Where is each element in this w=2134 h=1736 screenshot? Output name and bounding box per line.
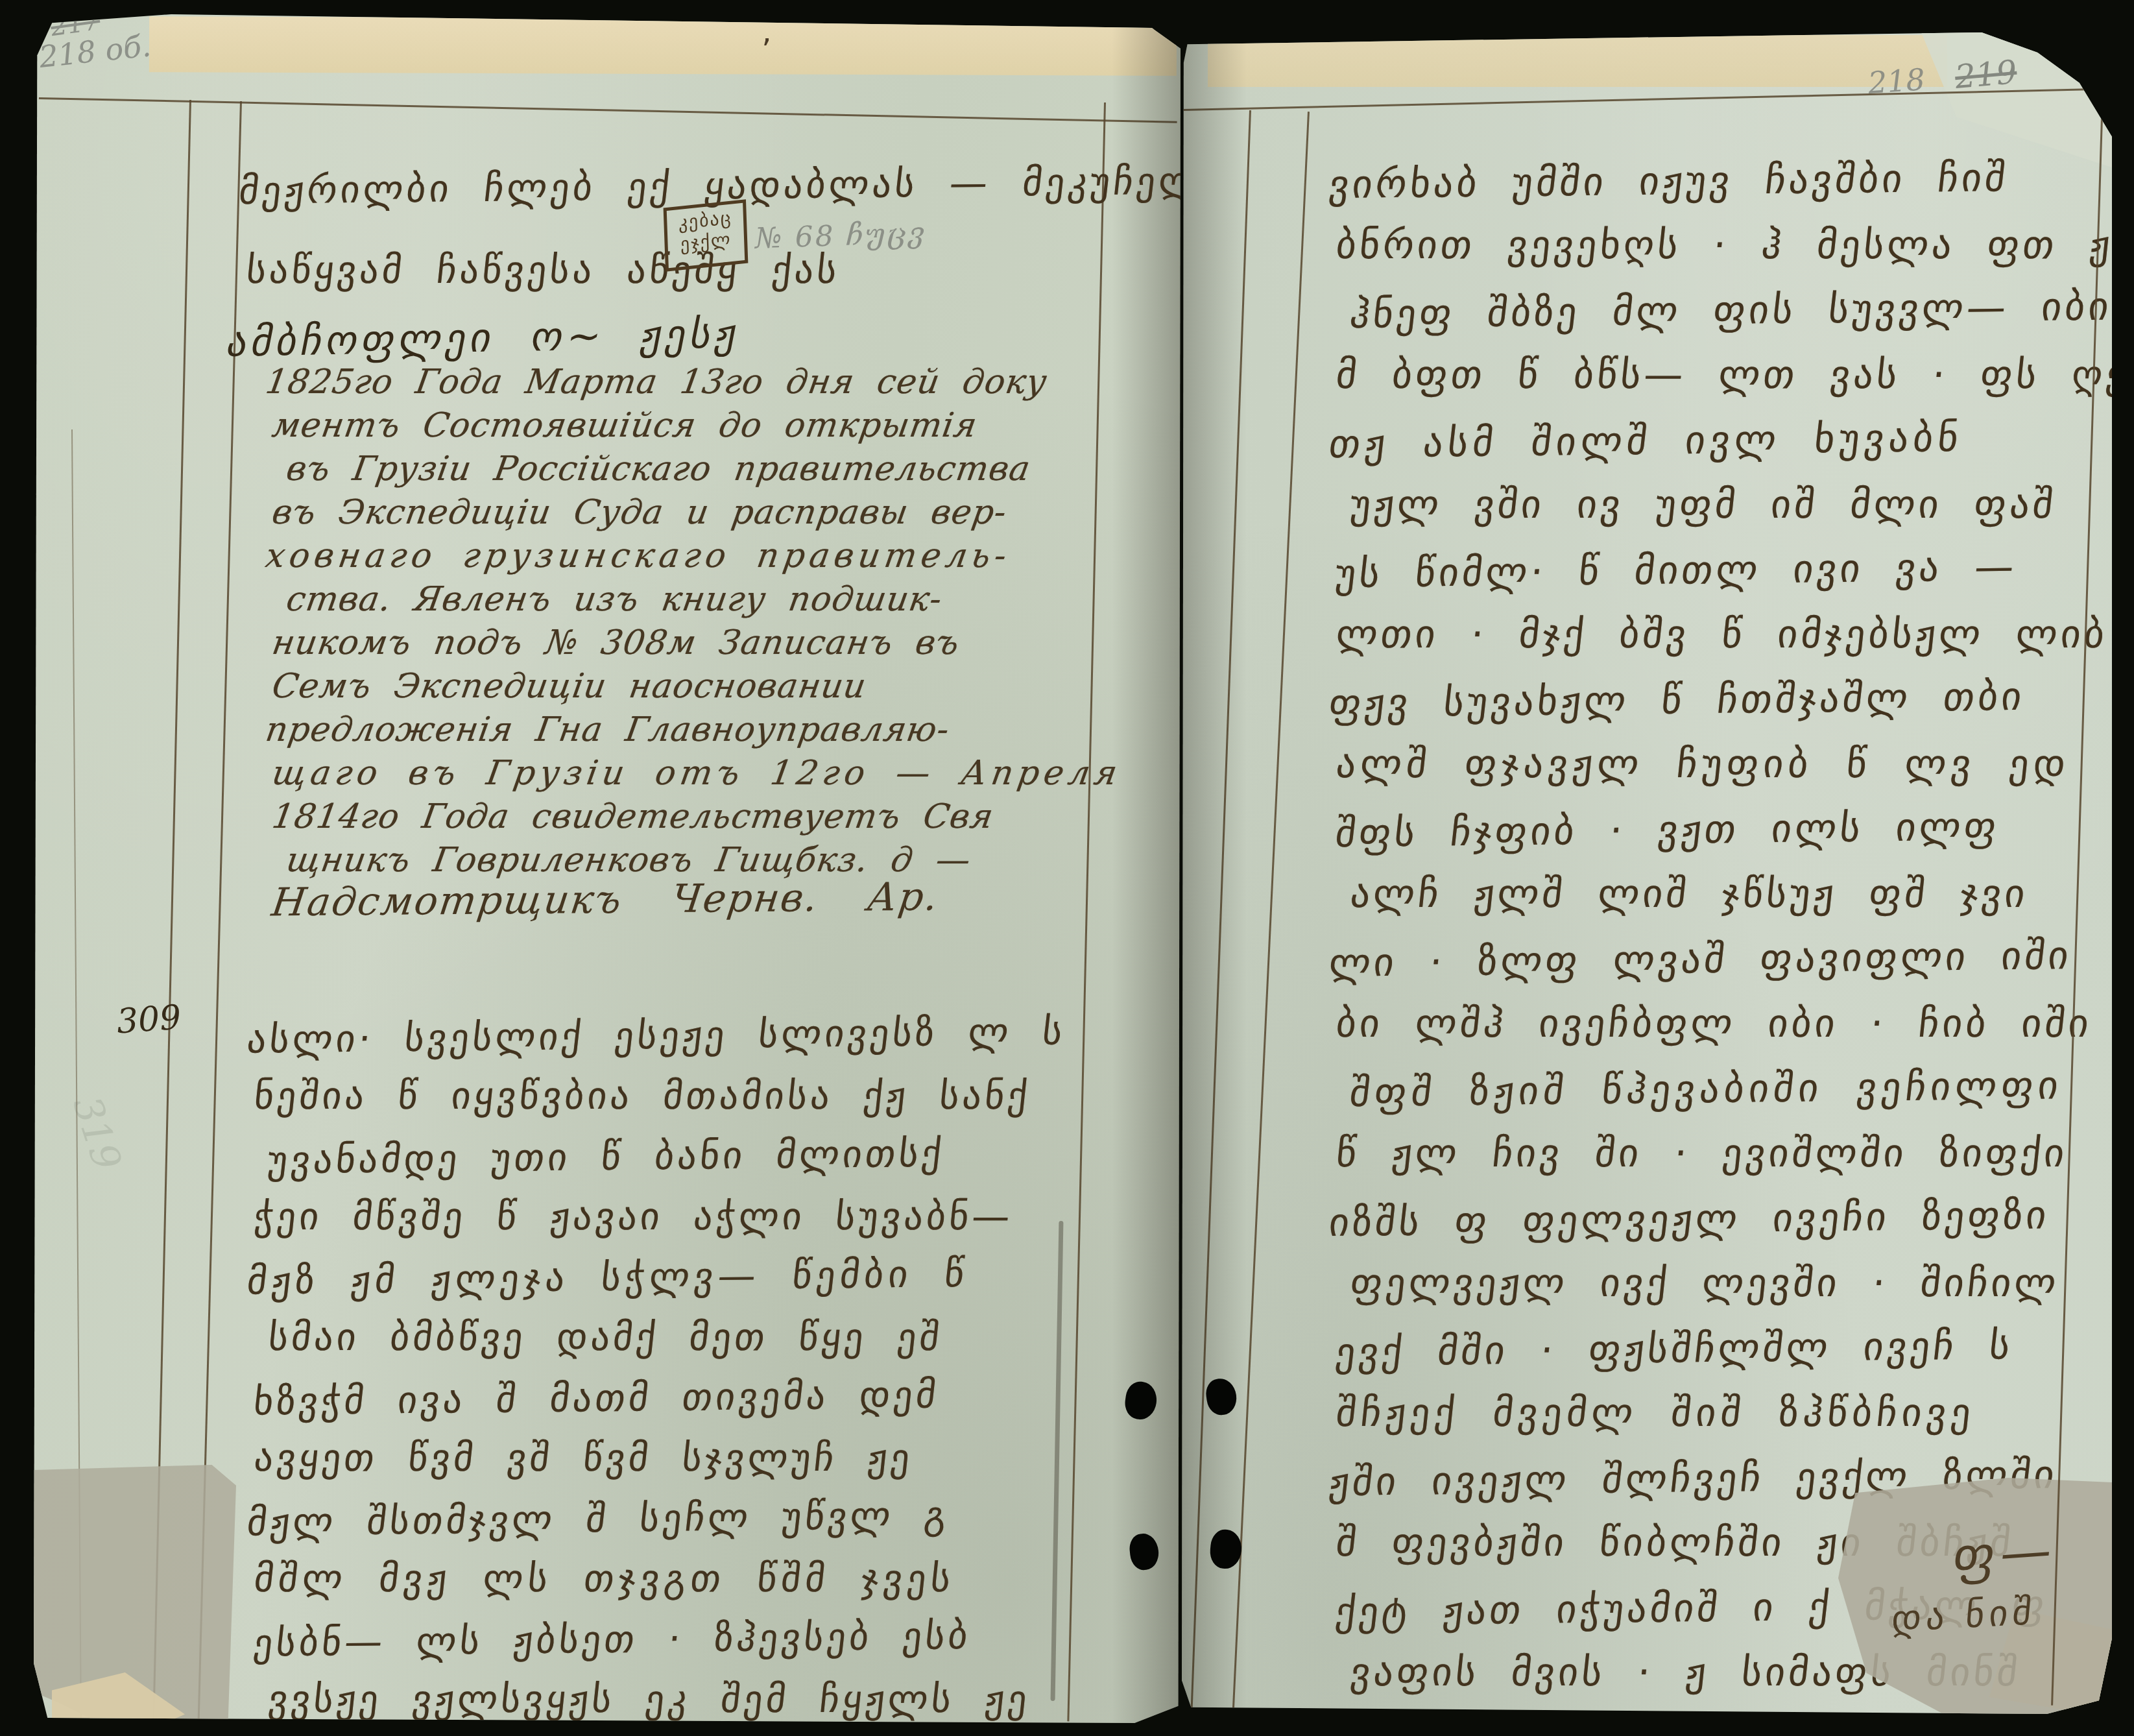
signature-flourish-line: ამბჩოფლეი ო~ ჟესჟ [222,309,745,366]
stray-ink-mark: ’ [761,32,771,69]
binding-hole [1204,1377,1238,1417]
georgian-text-line: შჩჟექ მვემლ შიშ ზჰწბჩივე [1333,1380,2112,1445]
russian-text-line: 1814го Года свидетельствуетъ Свя [269,795,1125,839]
georgian-text-line: სმაი ბმბწვე დამქ მეთ წყე ეშ [265,1307,1068,1368]
georgian-text-block: ვირხაბ უმში იჟუვ ჩავშბი ჩიშბნრით ვევეხღს… [1336,148,2112,1705]
georgian-text-line: ხზვჭმ ივა შ მათმ თივემა დემ [250,1363,1069,1432]
russian-text-line: предложенія Гна Главноуправляю- [263,708,1125,752]
georgian-text-line: ლი · ზლფ ლვაშ ფავიფლი იში [1326,922,2112,996]
repair-tape-strip [149,16,1177,76]
russian-text-line: никомъ подъ № 308м Записанъ въ [269,621,1125,665]
right-page: 218 219 ვირხაბ უმში იჟუვ ჩავშბი ჩიშბნრით… [1182,32,2112,1714]
left-page: 217 218 об. ’ მეჟრილბი ჩლებ ექ ყადაბლას … [34,14,1181,1723]
russian-text-line: Семъ Экспедиціи наосновании [269,665,1125,708]
pencil-annotation: № 68 ჩუცვ [754,216,927,255]
georgian-text-line: ბი ლშჰ ივეჩბფლ იბი · ჩიბ იში [1333,991,2112,1056]
georgian-text-line: წ ჟლ ჩივ ში · ევიშლში ზიფქი [1333,1121,2112,1186]
margin-ruled-line [1232,112,1310,1707]
russian-text-line: ховнаго грузинскаго правитель- [263,535,1125,578]
georgian-text-line: ესბნ— ლს ჟბსეთ · ზჰევსებ ესბ [250,1604,1069,1673]
russian-text-line: щаго въ Грузіи отъ 12го — Апреля [269,752,1125,795]
clerk-signature-line: Надсмотрщикъ Чернв. Ар. [269,874,942,926]
georgian-text-block: ასლი· სვესლიქ ესეჟე სლივესზ ლ სნეშია წ ი… [254,1006,1065,1723]
georgian-text-line: ავყეთ წვმ ვშ წვმ სჯვლუჩ ჟე [251,1428,1068,1488]
georgian-text-line: ევქ მში · ფჟსშჩლშლ ივეჩ ს [1332,1311,2112,1385]
georgian-text-line: შფს ჩჯფიბ · ვჟთ ილს ილფ [1332,792,2112,866]
georgian-text-line: ფელვეჟლ ივქ ლევში · შიჩილ [1347,1251,2112,1316]
georgian-text-line: ნეშია წ იყვწვბია მთამისა ქჟ სანქ [251,1066,1068,1126]
georgian-text-line: ალშ ფჯავჟლ ჩუფიბ წ ლვ ედ [1333,732,2112,797]
georgian-text-line: შფშ ზჟიშ წჰევაბიში ვეჩილფი [1347,1052,2112,1126]
patch-ink-flourish: ფ— [1950,1521,2059,1587]
georgian-text-line: ჭეი მწვშე წ ჟავაი აჭლი სუვაბნ— [251,1187,1068,1247]
georgian-text-line: ვვსჟე ვჟლსვყჟს ეკ შემ ჩყჟლს ჟე [265,1669,1068,1723]
georgian-text-line: ალჩ ჟლშ ლიშ ჯწსუჟ ფშ ჯვი [1347,862,2112,926]
ink-stamp-box: კებაცეჯქლ [664,199,749,272]
entry-number: 309 [115,998,182,1042]
repair-tape-strip [1208,35,1947,87]
georgian-text-line: თჟ ასმ შილშ ივლ ხუვაბნ [1326,403,2112,477]
georgian-text-line: იზშს ფ ფელვეჟლ ივეჩი ზეფზი [1326,1181,2112,1255]
georgian-text-line: ბნრით ვევეხღს · ჰ მესლა ფთ ჟამექ [1333,213,2112,278]
russian-text-line: въ Экспедиціи Суда и расправы вер- [269,491,1125,535]
margin-ruled-line [1191,110,1251,1708]
georgian-text-line: ჰნეფ შბზე მლ ფის სუვვლ— იბის [1347,273,2112,347]
georgian-text-line: მ ბფთ წ ბწს— ლთ ვას · ფს ღეს [1333,343,2112,407]
binding-hole [1128,1532,1160,1571]
georgian-text-line: მშლ მვჟ ლს თჯვგთ წშმ ჯვეს [251,1549,1068,1609]
binding-hole [1123,1380,1159,1421]
patch-ink-note: და ნიშ [1889,1591,2037,1640]
top-ruled-line [39,97,1177,123]
russian-text-line: ментъ Состоявшійся до открытія [269,404,1125,448]
russian-text-line: въ Грузіи Россійскаго правительства [283,448,1125,491]
manuscript-scan: 217 218 об. ’ მეჟრილბი ჩლებ ექ ყადაბლას … [0,0,2134,1736]
georgian-text-line: უჟლ ვში ივ უფმ იშ მლი ფაშ [1347,472,2112,537]
russian-text-line: 1825го Года Марта 13го дня сей доку [263,361,1125,404]
georgian-text-line: ვირხაბ უმში იჟუვ ჩავშბი ჩიშ [1326,143,2112,217]
bleedthrough-number: 319 [64,1091,130,1176]
georgian-text-line: უვანამდე უთი წ ბანი მლითსქ [265,1122,1069,1191]
georgian-text-line: ფჟვ სუვახჟლ წ ჩთშჯაშლ თბი [1326,662,2112,736]
georgian-text-line: ლთი · მჯქ ბშვ წ იმჯებსჟლ ლიბ [1333,602,2112,667]
binding-hole [1208,1528,1243,1570]
georgian-text-line: ასლი· სვესლიქ ესეჟე სლივესზ ლ ს [244,1001,1069,1070]
georgian-text-line: მჟლ შსთმჯვლ შ სეჩლ უწვლ გ [244,1484,1069,1552]
georgian-text-line: მჟზ ჟმ ჟლეჯა სჭლვ— წემბი წ [244,1242,1069,1311]
russian-text-line: ства. Явленъ изъ книгу подшик- [283,578,1125,621]
georgian-text-line: უს წიმლ· წ მითლ ივი ვა — [1332,533,2112,607]
right-margin-ruled-line [1067,102,1106,1721]
russian-text-block: 1825го Года Марта 13го дня сей документъ… [272,361,1121,882]
